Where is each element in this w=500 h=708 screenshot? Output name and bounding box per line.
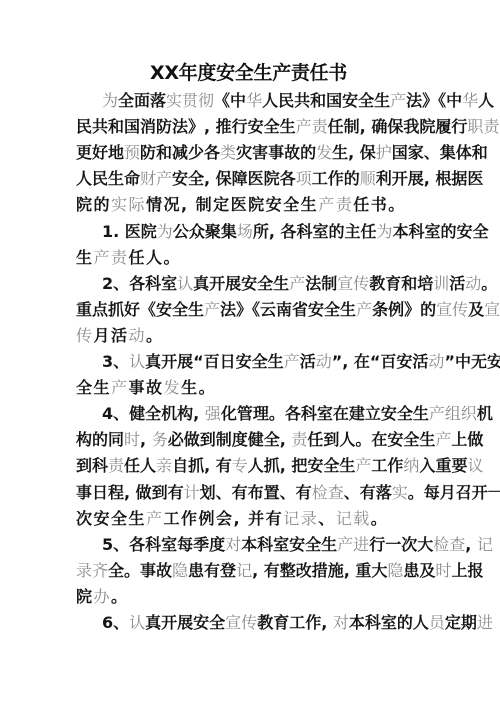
- document-title: XX年度安全生产责任书: [150, 60, 352, 86]
- paragraph-line: 2、各科室认真开展安全生产法制宣传教育和培训活动。: [102, 272, 430, 296]
- paragraph-line: 人民生命财产安全, 保障医院各项工作的顺利开展, 根据医: [76, 167, 430, 191]
- paragraph-line: 民共和国消防法》, 推行安全生产责任制, 确保我院履行职责,: [76, 115, 430, 139]
- paragraph-line: 院的实际情况, 制定医院安全生产责任书。: [76, 193, 430, 217]
- paragraph-line: 5、各科室每季度对本科室安全生产进行一次大检查, 记: [102, 533, 430, 557]
- paragraph-line: 生产责任人。: [76, 246, 430, 270]
- paragraph-line: 更好地预防和减少各类灾害事故的发生, 保护国家、集体和: [76, 141, 430, 165]
- paragraph-line: 4、健全机构, 强化管理。各科室在建立安全生产组织机: [102, 402, 430, 426]
- paragraph-line: 到科责任人亲自抓, 有专人抓, 把安全生产工作纳入重要议: [76, 454, 430, 478]
- paragraph-line: 6、认真开展安全宣传教育工作, 对本科室的人员定期进: [102, 611, 430, 635]
- paragraph-line: 传月活动。: [76, 324, 430, 348]
- paragraph-line: 1. 医院为公众聚集场所, 各科室的主任为本科室的安全: [102, 220, 430, 244]
- paragraph-line: 3、认真开展“百日安全生产活动”, 在“百安活动”中无安: [102, 350, 430, 374]
- paragraph-line: 院办。: [76, 585, 430, 609]
- document-page: XX年度安全生产责任书 为全面落实贯彻《中华人民共和国安全生产法》《中华人民共和…: [0, 0, 500, 708]
- paragraph-line: 为全面落实贯彻《中华人民共和国安全生产法》《中华人: [102, 89, 430, 113]
- paragraph-line: 全生产事故发生。: [76, 376, 430, 400]
- paragraph-line: 录齐全。事故隐患有登记, 有整改措施, 重大隐患及时上报: [76, 559, 430, 583]
- paragraph-line: 构的同时, 务必做到制度健全, 责任到人。在安全生产上做: [76, 428, 430, 452]
- paragraph-line: 次安全生产工作例会, 并有记录、记载。: [76, 507, 430, 531]
- paragraph-line: 重点抓好《安全生产法》《云南省安全生产条例》的宣传及宣: [76, 298, 430, 322]
- paragraph-line: 事日程, 做到有计划、有布置、有检查、有落实。每月召开一: [76, 481, 430, 505]
